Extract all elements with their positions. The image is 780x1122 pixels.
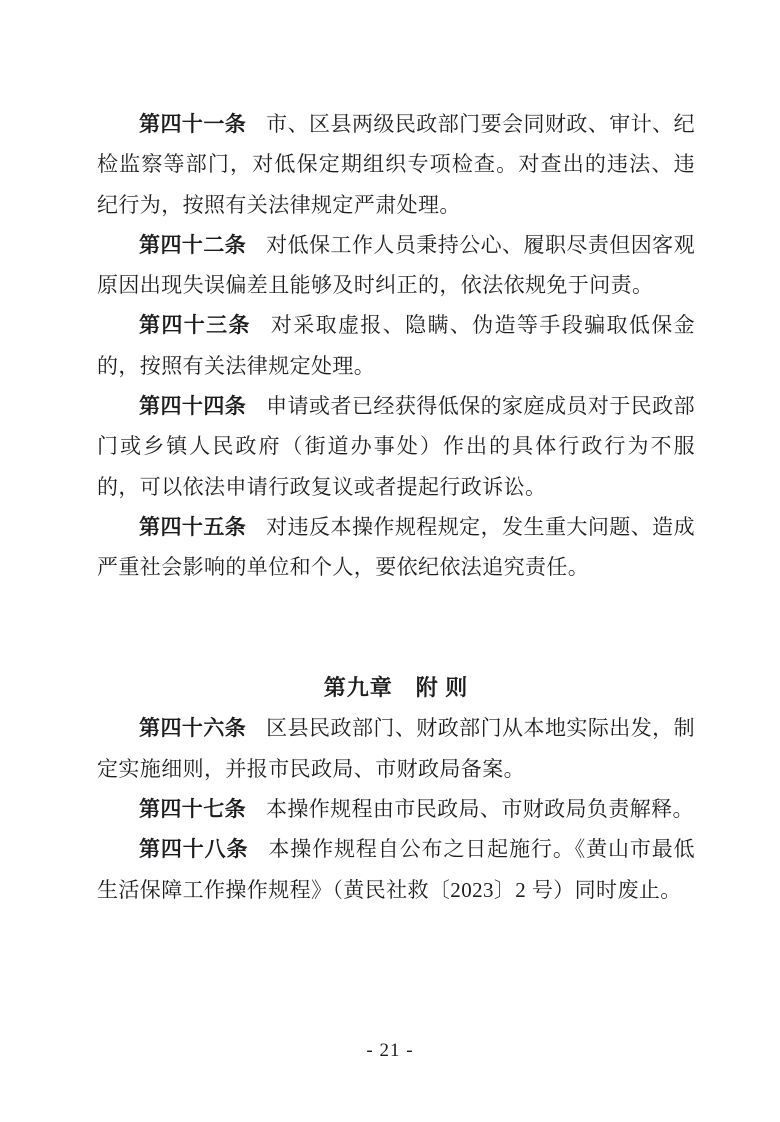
article-46: 第四十六条区县民政部门、财政部门从本地实际出发，制定实施细则，并报市民政局、市财… [97,708,695,789]
page-number: - 21 - [0,1038,780,1064]
article-46-number: 第四十六条 [139,716,246,740]
chapter-heading: 第九章 附 则 [97,668,695,708]
article-41: 第四十一条市、区县两级民政部门要会同财政、审计、纪检监察等部门，对低保定期组织专… [97,104,695,225]
article-47: 第四十七条本操作规程由市民政局、市财政局负责解释。 [97,789,695,829]
article-48-number: 第四十八条 [139,837,248,861]
article-43-number: 第四十三条 [139,313,251,337]
article-48: 第四十八条本操作规程自公布之日起施行。《黄山市最低生活保障工作操作规程》（黄民社… [97,829,695,910]
article-41-number: 第四十一条 [139,112,246,136]
article-43: 第四十三条对采取虚报、隐瞒、伪造等手段骗取低保金的，按照有关法律规定处理。 [97,305,695,386]
article-42: 第四十二条对低保工作人员秉持公心、履职尽责但因客观原因出现失误偏差且能够及时纠正… [97,225,695,306]
article-47-text: 本操作规程由市民政局、市财政局负责解释。 [266,797,694,821]
article-44-number: 第四十四条 [139,394,246,418]
document-page: 第四十一条市、区县两级民政部门要会同财政、审计、纪检监察等部门，对低保定期组织专… [0,0,780,1122]
article-45-number: 第四十五条 [139,515,246,539]
article-45: 第四十五条对违反本操作规程规定，发生重大问题、造成严重社会影响的单位和个人，要依… [97,507,695,588]
article-42-number: 第四十二条 [139,233,246,257]
page-content: 第四十一条市、区县两级民政部门要会同财政、审计、纪检监察等部门，对低保定期组织专… [97,104,695,910]
article-44: 第四十四条申请或者已经获得低保的家庭成员对于民政部门或乡镇人民政府（街道办事处）… [97,386,695,507]
article-47-number: 第四十七条 [139,797,246,821]
